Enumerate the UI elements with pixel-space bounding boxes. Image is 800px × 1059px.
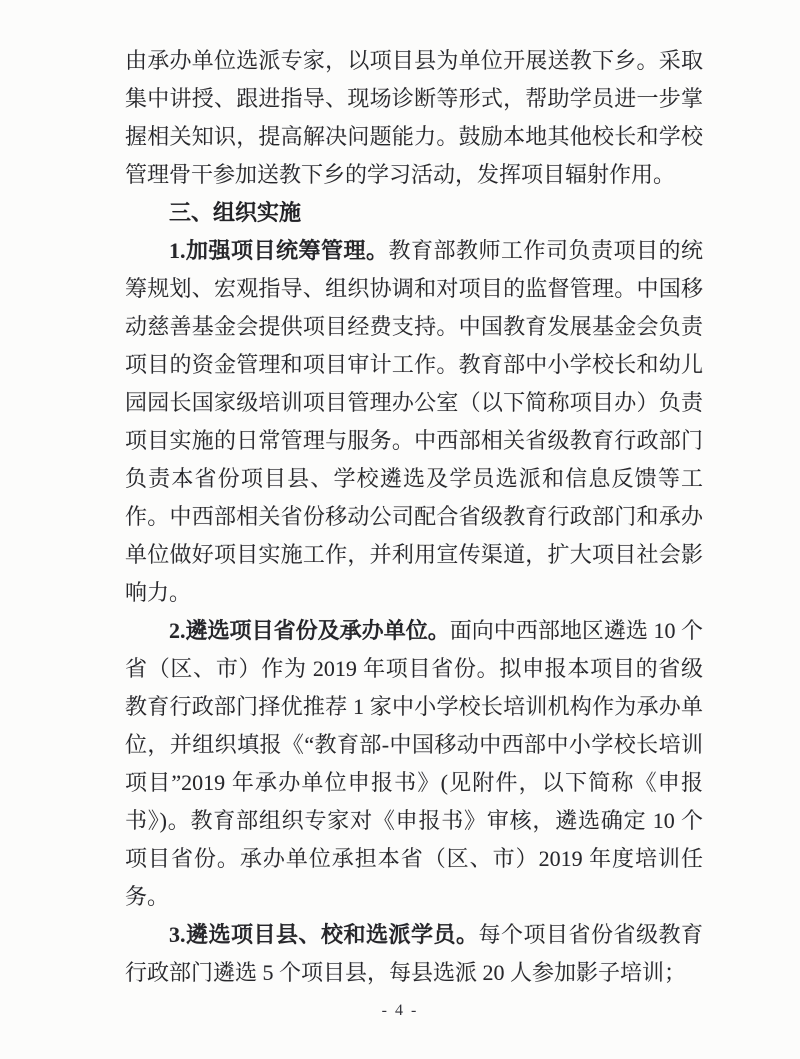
numbered-paragraph-2: 2.遴选项目省份及承办单位。面向中西部地区遴选 10 个省（区、市）作为 201… bbox=[125, 612, 703, 916]
numbered-paragraph-3: 3.遴选项目县、校和选派学员。每个项目省份省级教育行政部门遴选 5 个项目县，每… bbox=[125, 916, 703, 992]
paragraph-2-lead: 2.遴选项目省份及承办单位。 bbox=[169, 618, 450, 643]
section-heading: 三、组织实施 bbox=[125, 194, 703, 232]
paragraph-1-lead: 1.加强项目统筹管理。 bbox=[169, 238, 389, 263]
page-number: - 4 - bbox=[0, 1002, 800, 1020]
paragraph-2-body: 面向中西部地区遴选 10 个省（区、市）作为 2019 年项目省份。拟申报本项目… bbox=[125, 618, 703, 909]
paragraph-continuation: 由承办单位选派专家，以项目县为单位开展送教下乡。采取集中讲授、跟进指导、现场诊断… bbox=[125, 42, 703, 194]
numbered-paragraph-1: 1.加强项目统筹管理。教育部教师工作司负责项目的统筹规划、宏观指导、组织协调和对… bbox=[125, 232, 703, 612]
paragraph-3-lead: 3.遴选项目县、校和选派学员。 bbox=[169, 922, 478, 947]
document-page: 由承办单位选派专家，以项目县为单位开展送教下乡。采取集中讲授、跟进指导、现场诊断… bbox=[0, 0, 800, 1059]
document-body: 由承办单位选派专家，以项目县为单位开展送教下乡。采取集中讲授、跟进指导、现场诊断… bbox=[125, 42, 703, 992]
paragraph-1-body: 教育部教师工作司负责项目的统筹规划、宏观指导、组织协调和对项目的监督管理。中国移… bbox=[125, 238, 703, 605]
